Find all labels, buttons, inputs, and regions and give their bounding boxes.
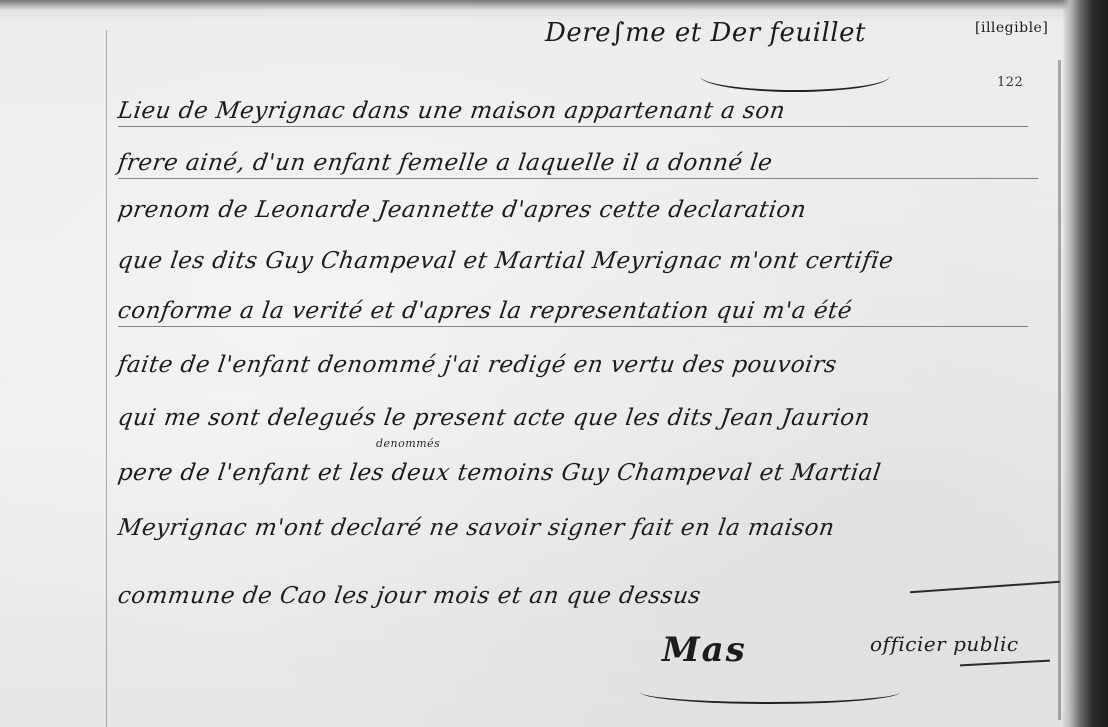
closing-rule: [910, 581, 1060, 593]
interlinear-insertion: denommés: [376, 437, 440, 450]
header-flourish: [700, 60, 890, 92]
record-line-3: prenom de Leonarde Jeannette d'apres cet…: [116, 197, 808, 223]
signature-flourish: [640, 680, 900, 704]
line-5-rule: [118, 326, 1028, 327]
record-line-5: conforme a la verité et d'apres la repre…: [116, 298, 854, 324]
record-line-10: commune de Cao les jour mois et an que d…: [116, 583, 702, 609]
officer-title: officier public: [870, 632, 1019, 656]
page-torn-edge: [1058, 60, 1061, 720]
record-line-2: frere ainé, d'un enfant femelle a laquel…: [116, 150, 774, 176]
record-line-7: qui me sont delegués le present acte que…: [116, 405, 872, 431]
signature-rule: [960, 660, 1050, 667]
line-2-rule: [118, 178, 1038, 179]
page-number: 122: [997, 75, 1023, 90]
header-text: Dere∫me et Der feuillet: [545, 18, 866, 48]
record-line-6: faite de l'enfant denommé j'ai redigé en…: [116, 352, 838, 378]
record-line-1: Lieu de Meyrignac dans une maison appart…: [116, 98, 787, 124]
book-binding-edge: [1062, 0, 1108, 727]
left-margin-rule: [106, 30, 107, 727]
record-line-8: pere de l'enfant et les deux temoins Guy…: [116, 460, 882, 486]
page-top-shadow: [0, 0, 1108, 10]
line-1-rule: [118, 126, 1028, 127]
record-line-9: Meyrignac m'ont declaré ne savoir signer…: [116, 515, 836, 541]
record-line-4: que les dits Guy Champeval et Martial Me…: [116, 248, 895, 274]
folio-mark: [illegible]: [975, 20, 1048, 36]
officer-signature: Mas: [662, 630, 747, 670]
scanned-record-page: Dere∫me et Der feuillet [illegible] 122 …: [0, 0, 1108, 727]
